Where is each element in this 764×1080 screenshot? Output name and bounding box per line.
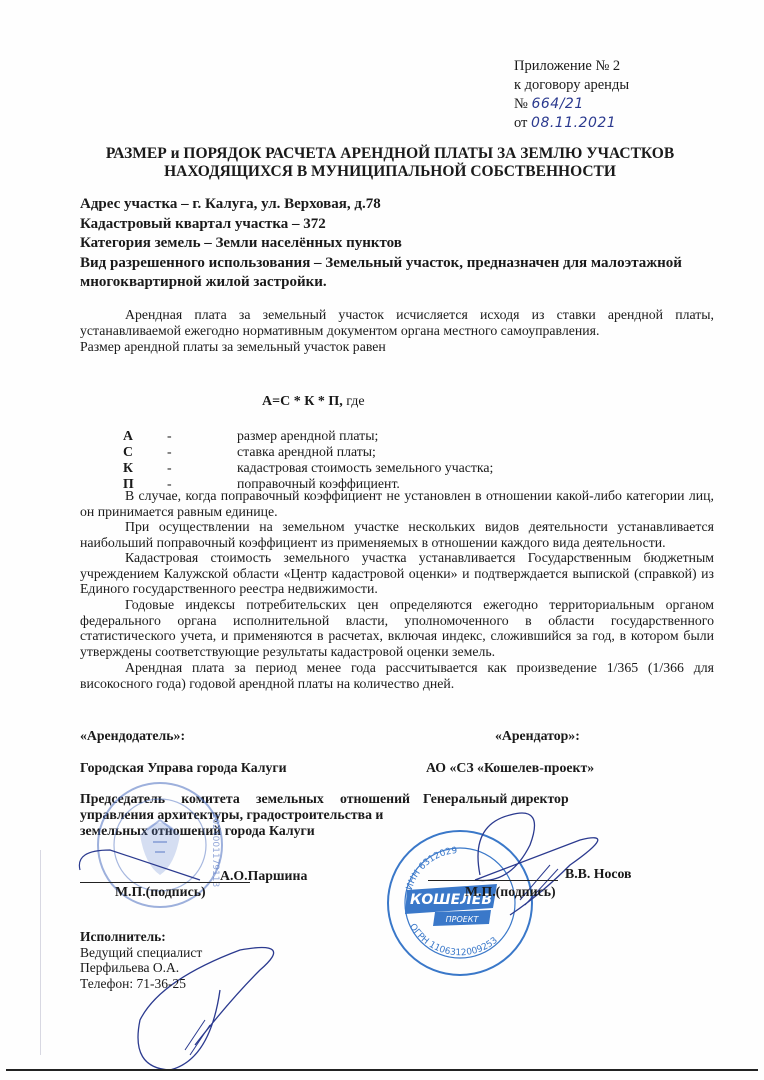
lessor-label: «Арендодатель»: [80, 728, 185, 744]
clause-partial-year: Арендная плата за период менее года расс… [80, 660, 714, 691]
permitted-use-line-1: Вид разрешенного использования – Земельн… [80, 254, 720, 274]
appendix-header: Приложение № 2 к договору аренды № 664/2… [514, 57, 629, 133]
legend-symbol: А [123, 428, 167, 444]
executor-position: Ведущий специалист [80, 945, 202, 961]
page-bottom-edge [6, 1069, 758, 1071]
rent-size-lead: Размер арендной платы за земельный участ… [80, 339, 714, 355]
document-page: Приложение № 2 к договору аренды № 664/2… [0, 0, 764, 1080]
legend-meaning: размер арендной платы; [237, 428, 378, 444]
handwritten-contract-number: 664/21 [531, 96, 583, 112]
executor-heading: Исполнитель: [80, 929, 202, 945]
legend-symbol: К [123, 460, 167, 476]
rent-formula: А=С * К * П, где [262, 394, 365, 410]
lessor-organization: Городская Управа города Калуги [80, 760, 287, 776]
legend-row: К - кадастровая стоимость земельного уча… [123, 460, 493, 476]
contract-date: от 08.11.2021 [514, 114, 629, 133]
legend-meaning: кадастровая стоимость земельного участка… [237, 460, 493, 476]
executor-name: Перфильева О.А. [80, 960, 202, 976]
clause-multiple-activities: При осуществлении на земельном участке н… [80, 519, 714, 550]
contract-number: № 664/21 [514, 95, 629, 114]
lessee-signature-icon [450, 805, 650, 925]
legend-dash: - [167, 460, 237, 476]
lessee-seal-caption: М.П.(подпись) [465, 884, 556, 900]
svg-text:ОГРН 1106312009253: ОГРН 1106312009253 [407, 922, 500, 958]
lessee-signatory: В.В. Носов [565, 866, 632, 882]
lessor-signatory: А.О.Паршина [220, 868, 307, 884]
document-title: РАЗМЕР и ПОРЯДОК РАСЧЕТА АРЕНДНОЙ ПЛАТЫ … [80, 145, 700, 181]
legend-symbol: С [123, 444, 167, 460]
title-line-1: РАЗМЕР и ПОРЯДОК РАСЧЕТА АРЕНДНОЙ ПЛАТЫ … [80, 145, 700, 163]
appendix-title: Приложение № 2 [514, 57, 629, 76]
lessor-seal-caption: М.П.(подпись) [115, 884, 206, 900]
plot-address: Адрес участка – г. Калуга, ул. Верховая,… [80, 195, 720, 215]
executor-block: Исполнитель: Ведущий специалист Перфилье… [80, 929, 202, 991]
land-category: Категория земель – Земли населённых пунк… [80, 234, 720, 254]
clause-correction-factor: В случае, когда поправочный коэффициент … [80, 488, 714, 519]
legend-row: А - размер арендной платы; [123, 428, 493, 444]
handwritten-contract-date: 08.11.2021 [531, 115, 616, 131]
clause-cadastral-value: Кадастровая стоимость земельного участка… [80, 550, 714, 597]
clause-price-indices: Годовые индексы потребительских цен опре… [80, 597, 714, 659]
intro-paragraph: Арендная плата за земельный участок исчи… [80, 307, 714, 338]
lessee-label: «Арендатор»: [495, 728, 580, 744]
lessee-seal-ogrn: ОГРН 1106312009253 [407, 922, 500, 958]
title-line-2: НАХОДЯЩИХСЯ В МУНИЦИПАЛЬНОЙ СОБСТВЕННОСТ… [80, 163, 700, 181]
number-prefix: № [514, 96, 528, 112]
date-prefix: от [514, 115, 527, 131]
lessee-signature-line [428, 880, 558, 881]
formula-suffix: где [343, 394, 365, 409]
legend-dash: - [167, 444, 237, 460]
scan-fold-line [40, 850, 41, 1055]
plot-info: Адрес участка – г. Калуга, ул. Верховая,… [80, 195, 720, 293]
legend-meaning: ставка арендной платы; [237, 444, 376, 460]
permitted-use-line-2: многоквартирной жилой застройки. [80, 273, 720, 293]
legend-dash: - [167, 428, 237, 444]
formula-legend: А - размер арендной платы; С - ставка ар… [123, 428, 493, 492]
lessee-organization: АО «СЗ «Кошелев-проект» [426, 760, 594, 776]
cadastral-quarter: Кадастровый квартал участка – 372 [80, 215, 720, 235]
appendix-contract-ref: к договору аренды [514, 76, 629, 95]
legend-row: С - ставка арендной платы; [123, 444, 493, 460]
executor-phone: Телефон: 71-36-25 [80, 976, 202, 992]
formula-expression: А=С * К * П, [262, 394, 343, 409]
